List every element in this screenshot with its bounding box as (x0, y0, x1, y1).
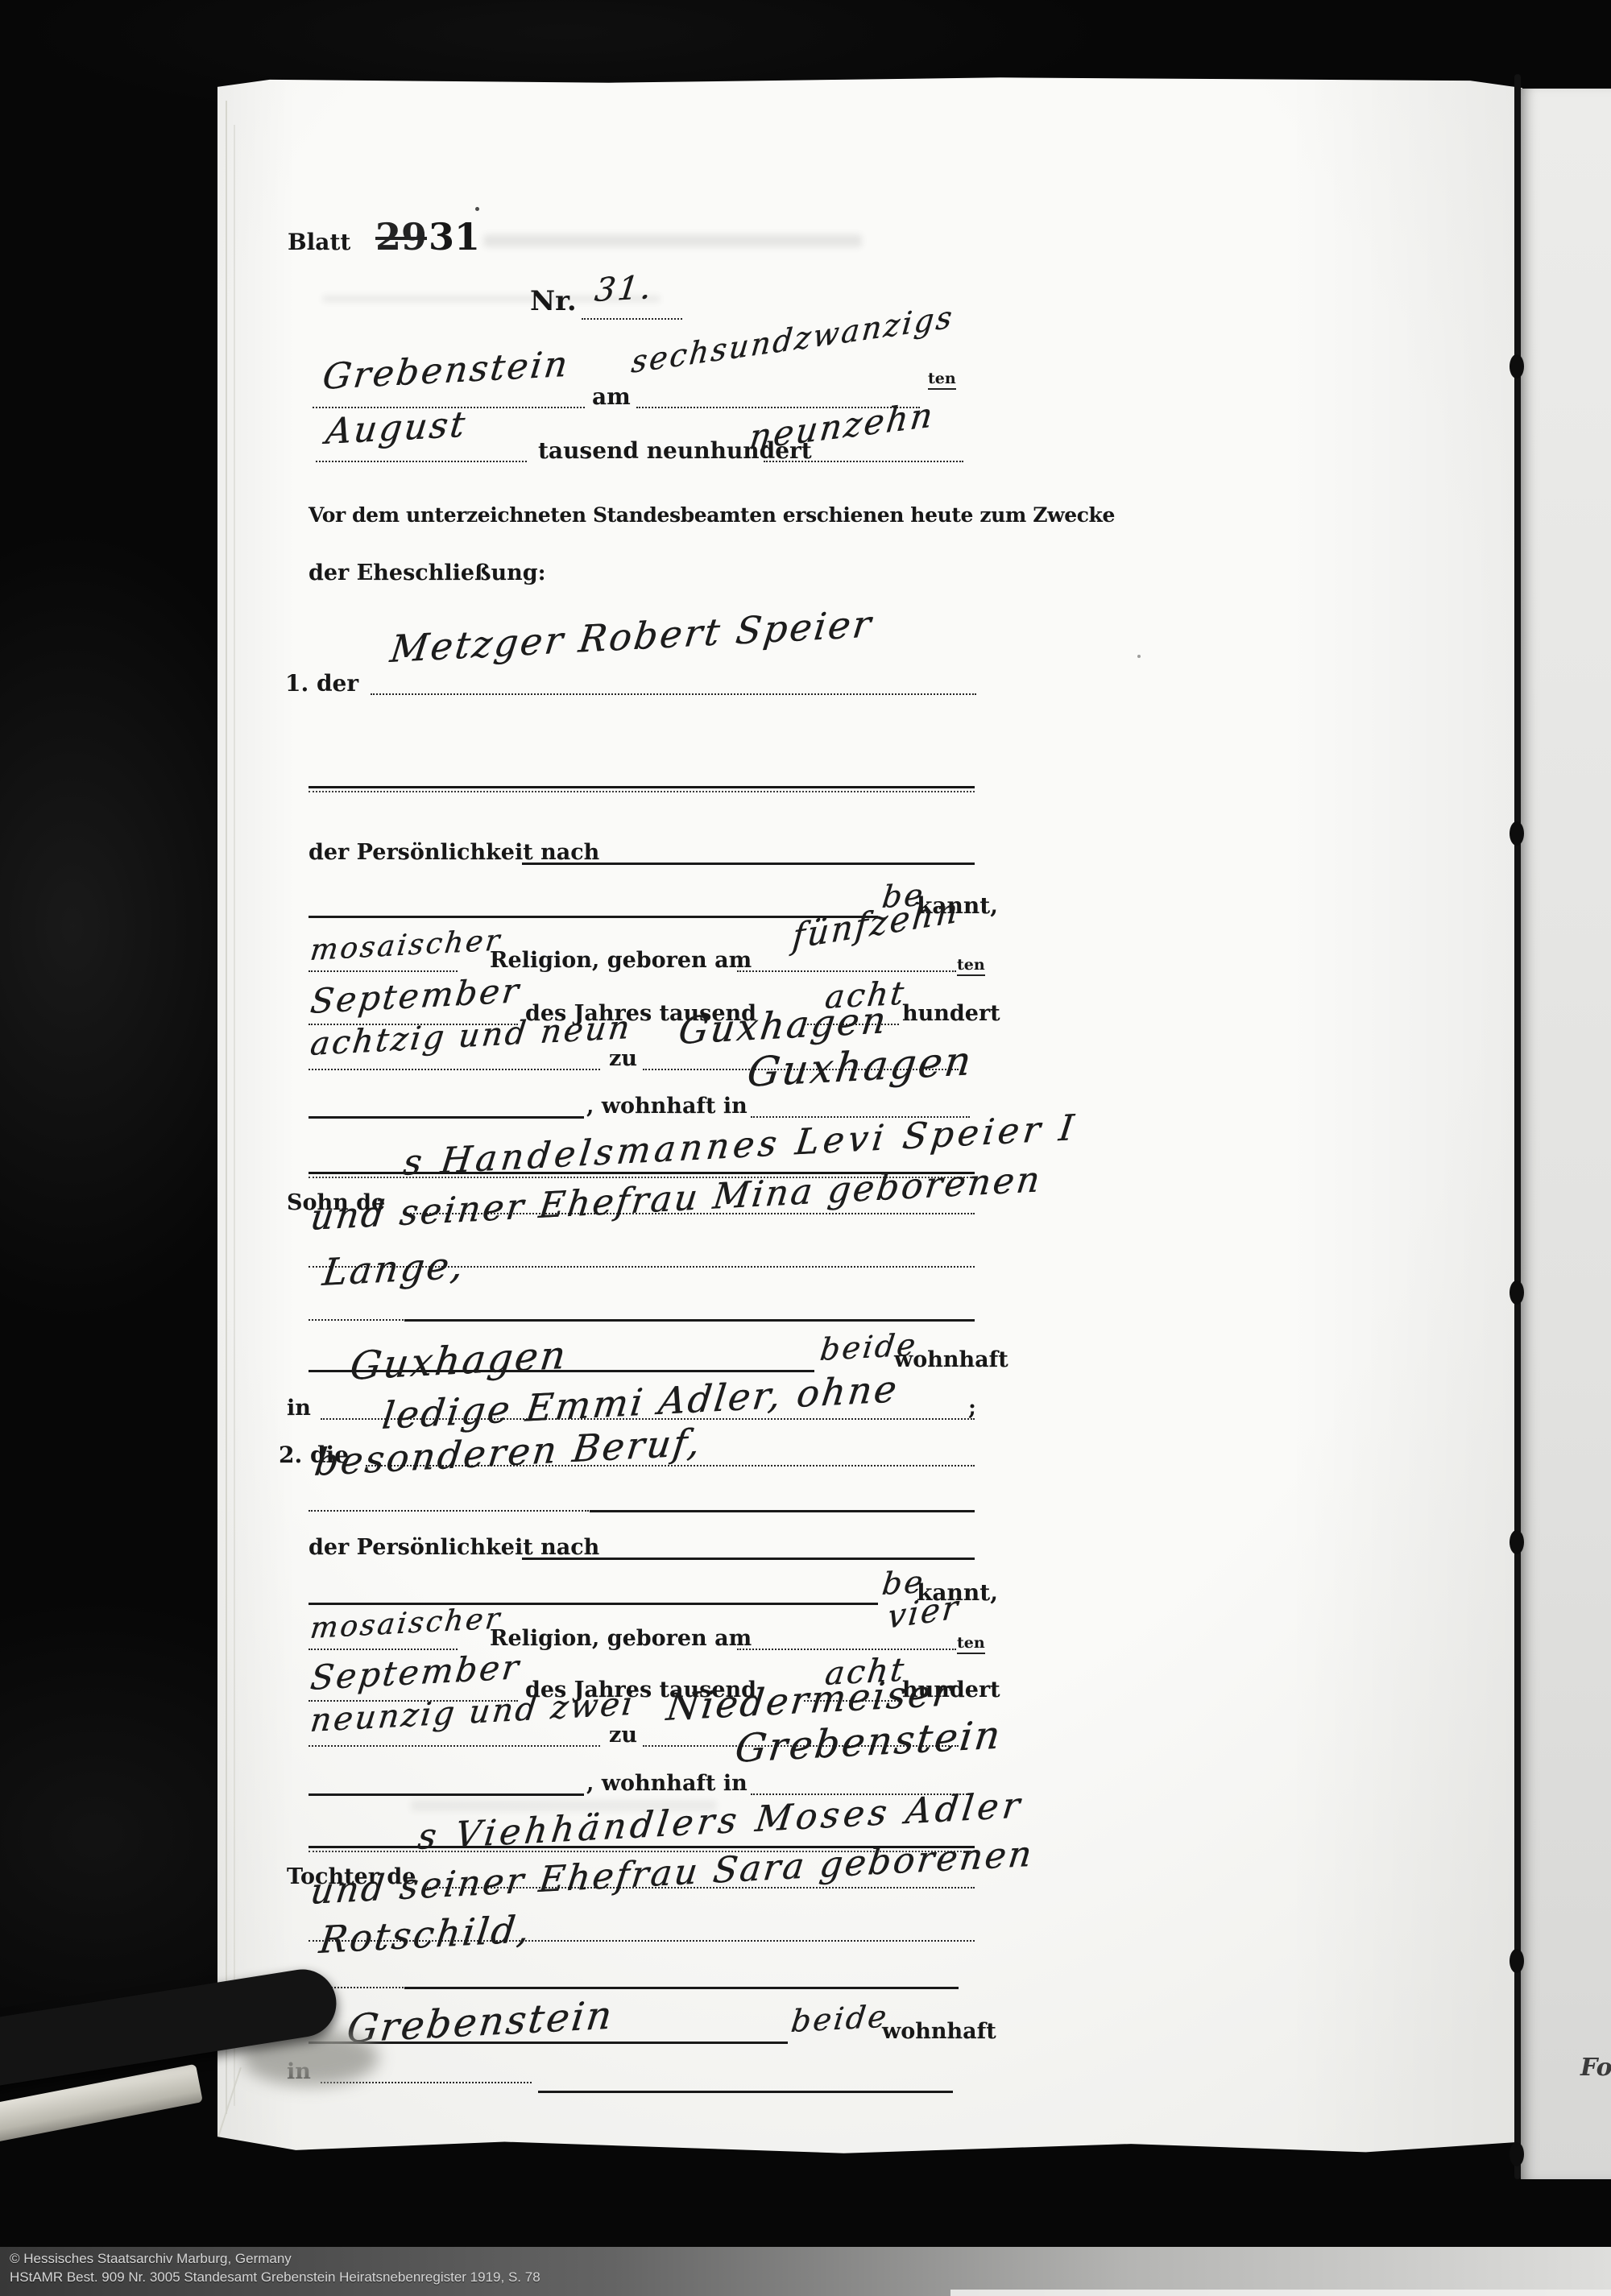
groom-persoenlichkeit-label: der Persönlichkeit nach (309, 842, 599, 863)
intro-line1: Vor dem unterzeichneten Standesbeamten e… (309, 505, 1115, 525)
groom-mother-maiden-handwritten: Lange, (321, 1246, 467, 1291)
bride-mother-maiden-handwritten: Rotschild, (317, 1910, 534, 1959)
page-edge-line (217, 2067, 242, 2137)
groom-number-label: 1. der (285, 672, 358, 695)
groom-wohnhaft-label: , wohnhaft in (586, 1095, 748, 1117)
blank-line (737, 1649, 956, 1650)
blank-line (309, 1793, 584, 1796)
blank-line (404, 1319, 975, 1322)
binding-stitch (1510, 354, 1524, 379)
watermark-line2: HStAMR Best. 909 Nr. 3005 Standesamt Gre… (10, 2269, 540, 2286)
day-handwritten: sechsundzwanzigs (630, 301, 955, 378)
blank-line (309, 1603, 878, 1605)
groom-wohnhaft2-label: wohnhaft (894, 1349, 1008, 1371)
bride-persoenlichkeit-label: der Persönlichkeit nach (309, 1537, 599, 1558)
page-edge-line (226, 101, 227, 2114)
nr-value-handwritten: 31. (593, 271, 655, 307)
blank-line (371, 693, 976, 695)
blatt-number-current: 31 (429, 218, 480, 255)
blank-line (309, 1745, 600, 1747)
groom-name-handwritten: Metzger Robert Speier (388, 605, 875, 668)
next-page-edge: Fo (1521, 89, 1611, 2179)
bride-name2-handwritten: besonderen Beruf, (313, 1423, 704, 1481)
groom-birthplace-handwritten: Guxhagen (677, 1001, 890, 1049)
groom-semicolon-label: ; (968, 1397, 976, 1419)
am-label: am (592, 386, 631, 408)
separator-rule (309, 786, 975, 792)
bride-birth-month-handwritten: September (309, 1650, 523, 1695)
photo-edge-sliver (950, 2290, 1611, 2296)
blank-line (309, 1649, 458, 1650)
blank-line (321, 2082, 532, 2083)
groom-year-rest-handwritten: achtzig und neun (309, 1011, 633, 1061)
blatt-label: Blatt (288, 231, 350, 254)
blank-line (538, 2091, 953, 2093)
blank-line (309, 1510, 589, 1512)
watermark-bar: © Hessisches Staatsarchiv Marburg, Germa… (0, 2247, 1611, 2296)
ink-speck (475, 207, 479, 211)
blank-line (764, 461, 963, 462)
groom-religion-handwritten: mosaischer (309, 926, 503, 966)
watermark-line1: © Hessisches Staatsarchiv Marburg, Germa… (10, 2251, 292, 2267)
ten-superscript: ten (957, 958, 985, 976)
ink-speck (1137, 655, 1141, 658)
month-handwritten: August (324, 407, 469, 450)
blank-line (309, 1319, 404, 1321)
groom-religion-label: Religion, geboren am (490, 949, 752, 971)
place-handwritten: Grebenstein (321, 347, 572, 395)
binding-stitch (1510, 1530, 1524, 1554)
groom-parents-residence-handwritten: Guxhagen (348, 1335, 569, 1386)
ten-superscript: ten (957, 1636, 985, 1654)
binding-seam (1514, 74, 1521, 2179)
bride-zu-label: zu (609, 1724, 637, 1746)
blank-line (316, 461, 527, 462)
bride-wohnhaft-label: , wohnhaft in (586, 1773, 748, 1794)
bride-birth-day-handwritten: vier (886, 1591, 962, 1634)
binding-stitch (1510, 821, 1524, 846)
ten-superscript: ten (928, 371, 956, 390)
binding-stitch (1510, 1949, 1524, 1973)
blank-line (582, 318, 682, 320)
blank-line (522, 863, 975, 865)
bride-religion-handwritten: mosaischer (309, 1604, 503, 1644)
binding-stitch (1510, 1280, 1524, 1305)
blatt-number-crossed: 29 (375, 218, 427, 255)
groom-birth-month-handwritten: September (309, 974, 523, 1019)
bride-wohnhaft2-label: wohnhaft (882, 2021, 996, 2042)
blank-line (309, 970, 458, 972)
blank-line (404, 1987, 959, 1989)
binding-stitch (1510, 2142, 1524, 2166)
bride-religion-label: Religion, geboren am (490, 1628, 752, 1649)
intro-line2: der Eheschließung: (309, 562, 546, 584)
blank-line (737, 970, 956, 972)
groom-in-label: in (287, 1397, 311, 1419)
groom-hundert-label: hundert (902, 1003, 1000, 1024)
page-edge-line (234, 125, 235, 2106)
groom-zu-label: zu (609, 1048, 637, 1069)
groom-birth-day-handwritten: fünfzehn (791, 893, 961, 954)
bride-year-rest-handwritten: neunzig und zwei (309, 1688, 636, 1737)
blank-line (309, 1116, 584, 1119)
ghost-bleedthrough (483, 234, 862, 247)
archive-photo: Blatt 29 31 Nr. 31. Grebenstein am sechs… (0, 0, 1611, 2296)
nr-label: Nr. (530, 288, 577, 315)
register-page: Blatt 29 31 Nr. 31. Grebenstein am sechs… (217, 77, 1522, 2154)
blank-line (590, 1510, 975, 1512)
blank-line (522, 1558, 975, 1560)
blank-line (309, 916, 878, 918)
groom-residence-handwritten: Guxhagen (745, 1040, 975, 1093)
blank-line (309, 1069, 600, 1070)
next-page-text-fragment: Fo (1580, 2054, 1611, 2082)
bride-residence-handwritten: Grebenstein (733, 1715, 1004, 1769)
bride-beide-handwritten: beide (789, 2000, 890, 2037)
